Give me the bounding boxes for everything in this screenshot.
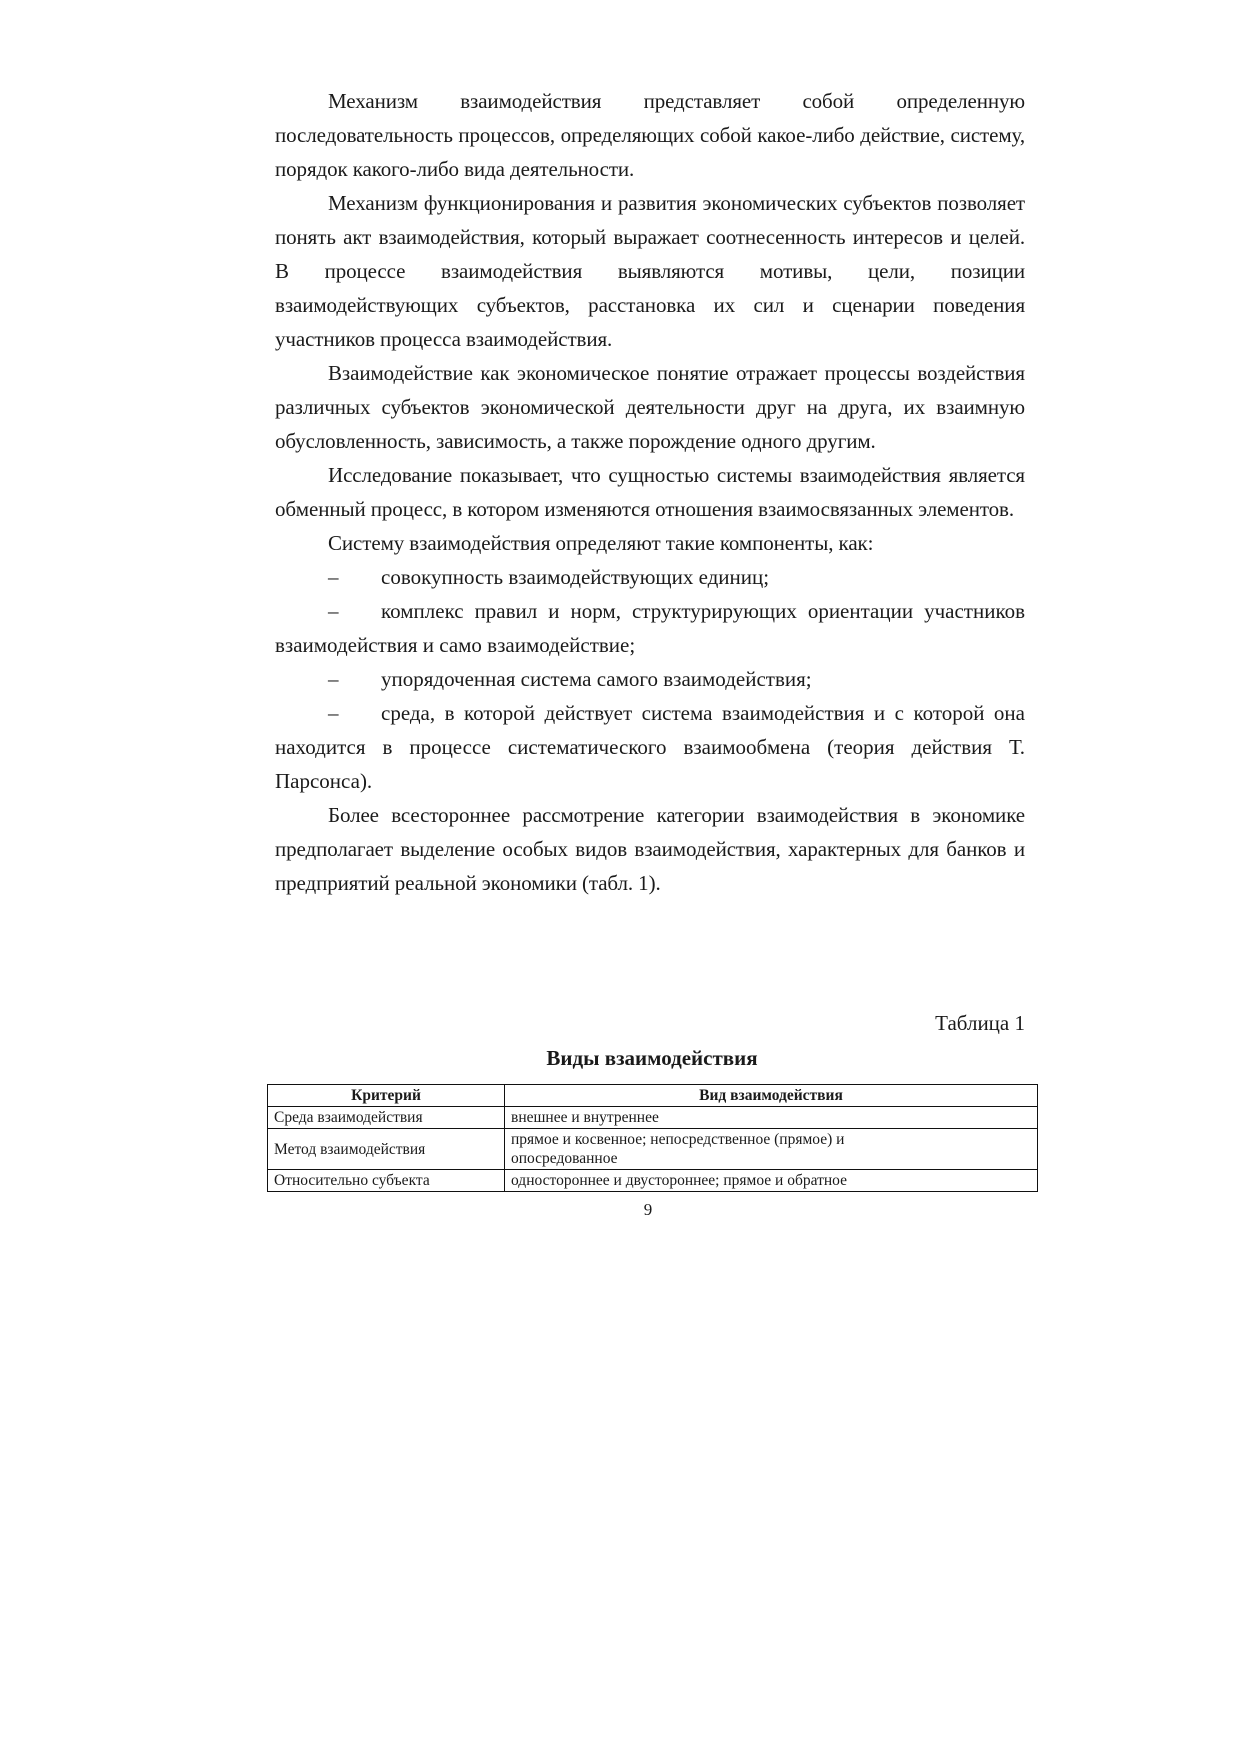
- table-row: Метод взаимодействия прямое и косвенное;…: [268, 1129, 1038, 1170]
- table-cell-criterion: Относительно субъекта: [268, 1170, 505, 1192]
- table-cell-type: внешнее и внутреннее: [505, 1107, 1038, 1129]
- document-body: Механизм взаимодействия представляет соб…: [275, 84, 1025, 900]
- column-header-interaction-type: Вид взаимодействия: [505, 1085, 1038, 1107]
- list-item-text: среда, в которой действует система взаим…: [275, 701, 1025, 793]
- list-item: –комплекс правил и норм, структурирующих…: [275, 594, 1025, 662]
- table-cell-criterion: Среда взаимодействия: [268, 1107, 505, 1129]
- table-row: Относительно субъекта одностороннее и дв…: [268, 1170, 1038, 1192]
- dash-bullet-icon: –: [328, 560, 381, 594]
- table-title: Виды взаимодействия: [267, 1045, 1037, 1071]
- paragraph: Взаимодействие как экономическое понятие…: [275, 356, 1025, 458]
- page-number: 9: [0, 1200, 1241, 1220]
- list-item-text: упорядоченная система самого взаимодейст…: [381, 667, 812, 691]
- dash-bullet-icon: –: [328, 594, 381, 628]
- list-item: –упорядоченная система самого взаимодейс…: [275, 662, 1025, 696]
- paragraph: Механизм взаимодействия представляет соб…: [275, 84, 1025, 186]
- table-cell-type: прямое и косвенное; непосредственное (пр…: [505, 1129, 1038, 1170]
- list-item-text: комплекс правил и норм, структурирующих …: [275, 599, 1025, 657]
- table-label: Таблица 1: [935, 1010, 1025, 1036]
- table-cell-criterion: Метод взаимодействия: [268, 1129, 505, 1170]
- paragraph: Исследование показывает, что сущностью с…: [275, 458, 1025, 526]
- dash-bullet-icon: –: [328, 696, 381, 730]
- paragraph: Механизм функционирования и развития эко…: [275, 186, 1025, 356]
- component-list: –совокупность взаимодействующих единиц; …: [275, 560, 1025, 798]
- table-row: Среда взаимодействия внешнее и внутренне…: [268, 1107, 1038, 1129]
- list-item-text: совокупность взаимодействующих единиц;: [381, 565, 769, 589]
- dash-bullet-icon: –: [328, 662, 381, 696]
- list-item: –совокупность взаимодействующих единиц;: [275, 560, 1025, 594]
- column-header-criterion: Критерий: [268, 1085, 505, 1107]
- table-cell-type: одностороннее и двустороннее; прямое и о…: [505, 1170, 1038, 1192]
- list-item: –среда, в которой действует система взаи…: [275, 696, 1025, 798]
- table-header-row: Критерий Вид взаимодействия: [268, 1085, 1038, 1107]
- interaction-types-table: Критерий Вид взаимодействия Среда взаимо…: [267, 1084, 1038, 1192]
- paragraph: Систему взаимодействия определяют такие …: [275, 526, 1025, 560]
- paragraph: Более всестороннее рассмотрение категори…: [275, 798, 1025, 900]
